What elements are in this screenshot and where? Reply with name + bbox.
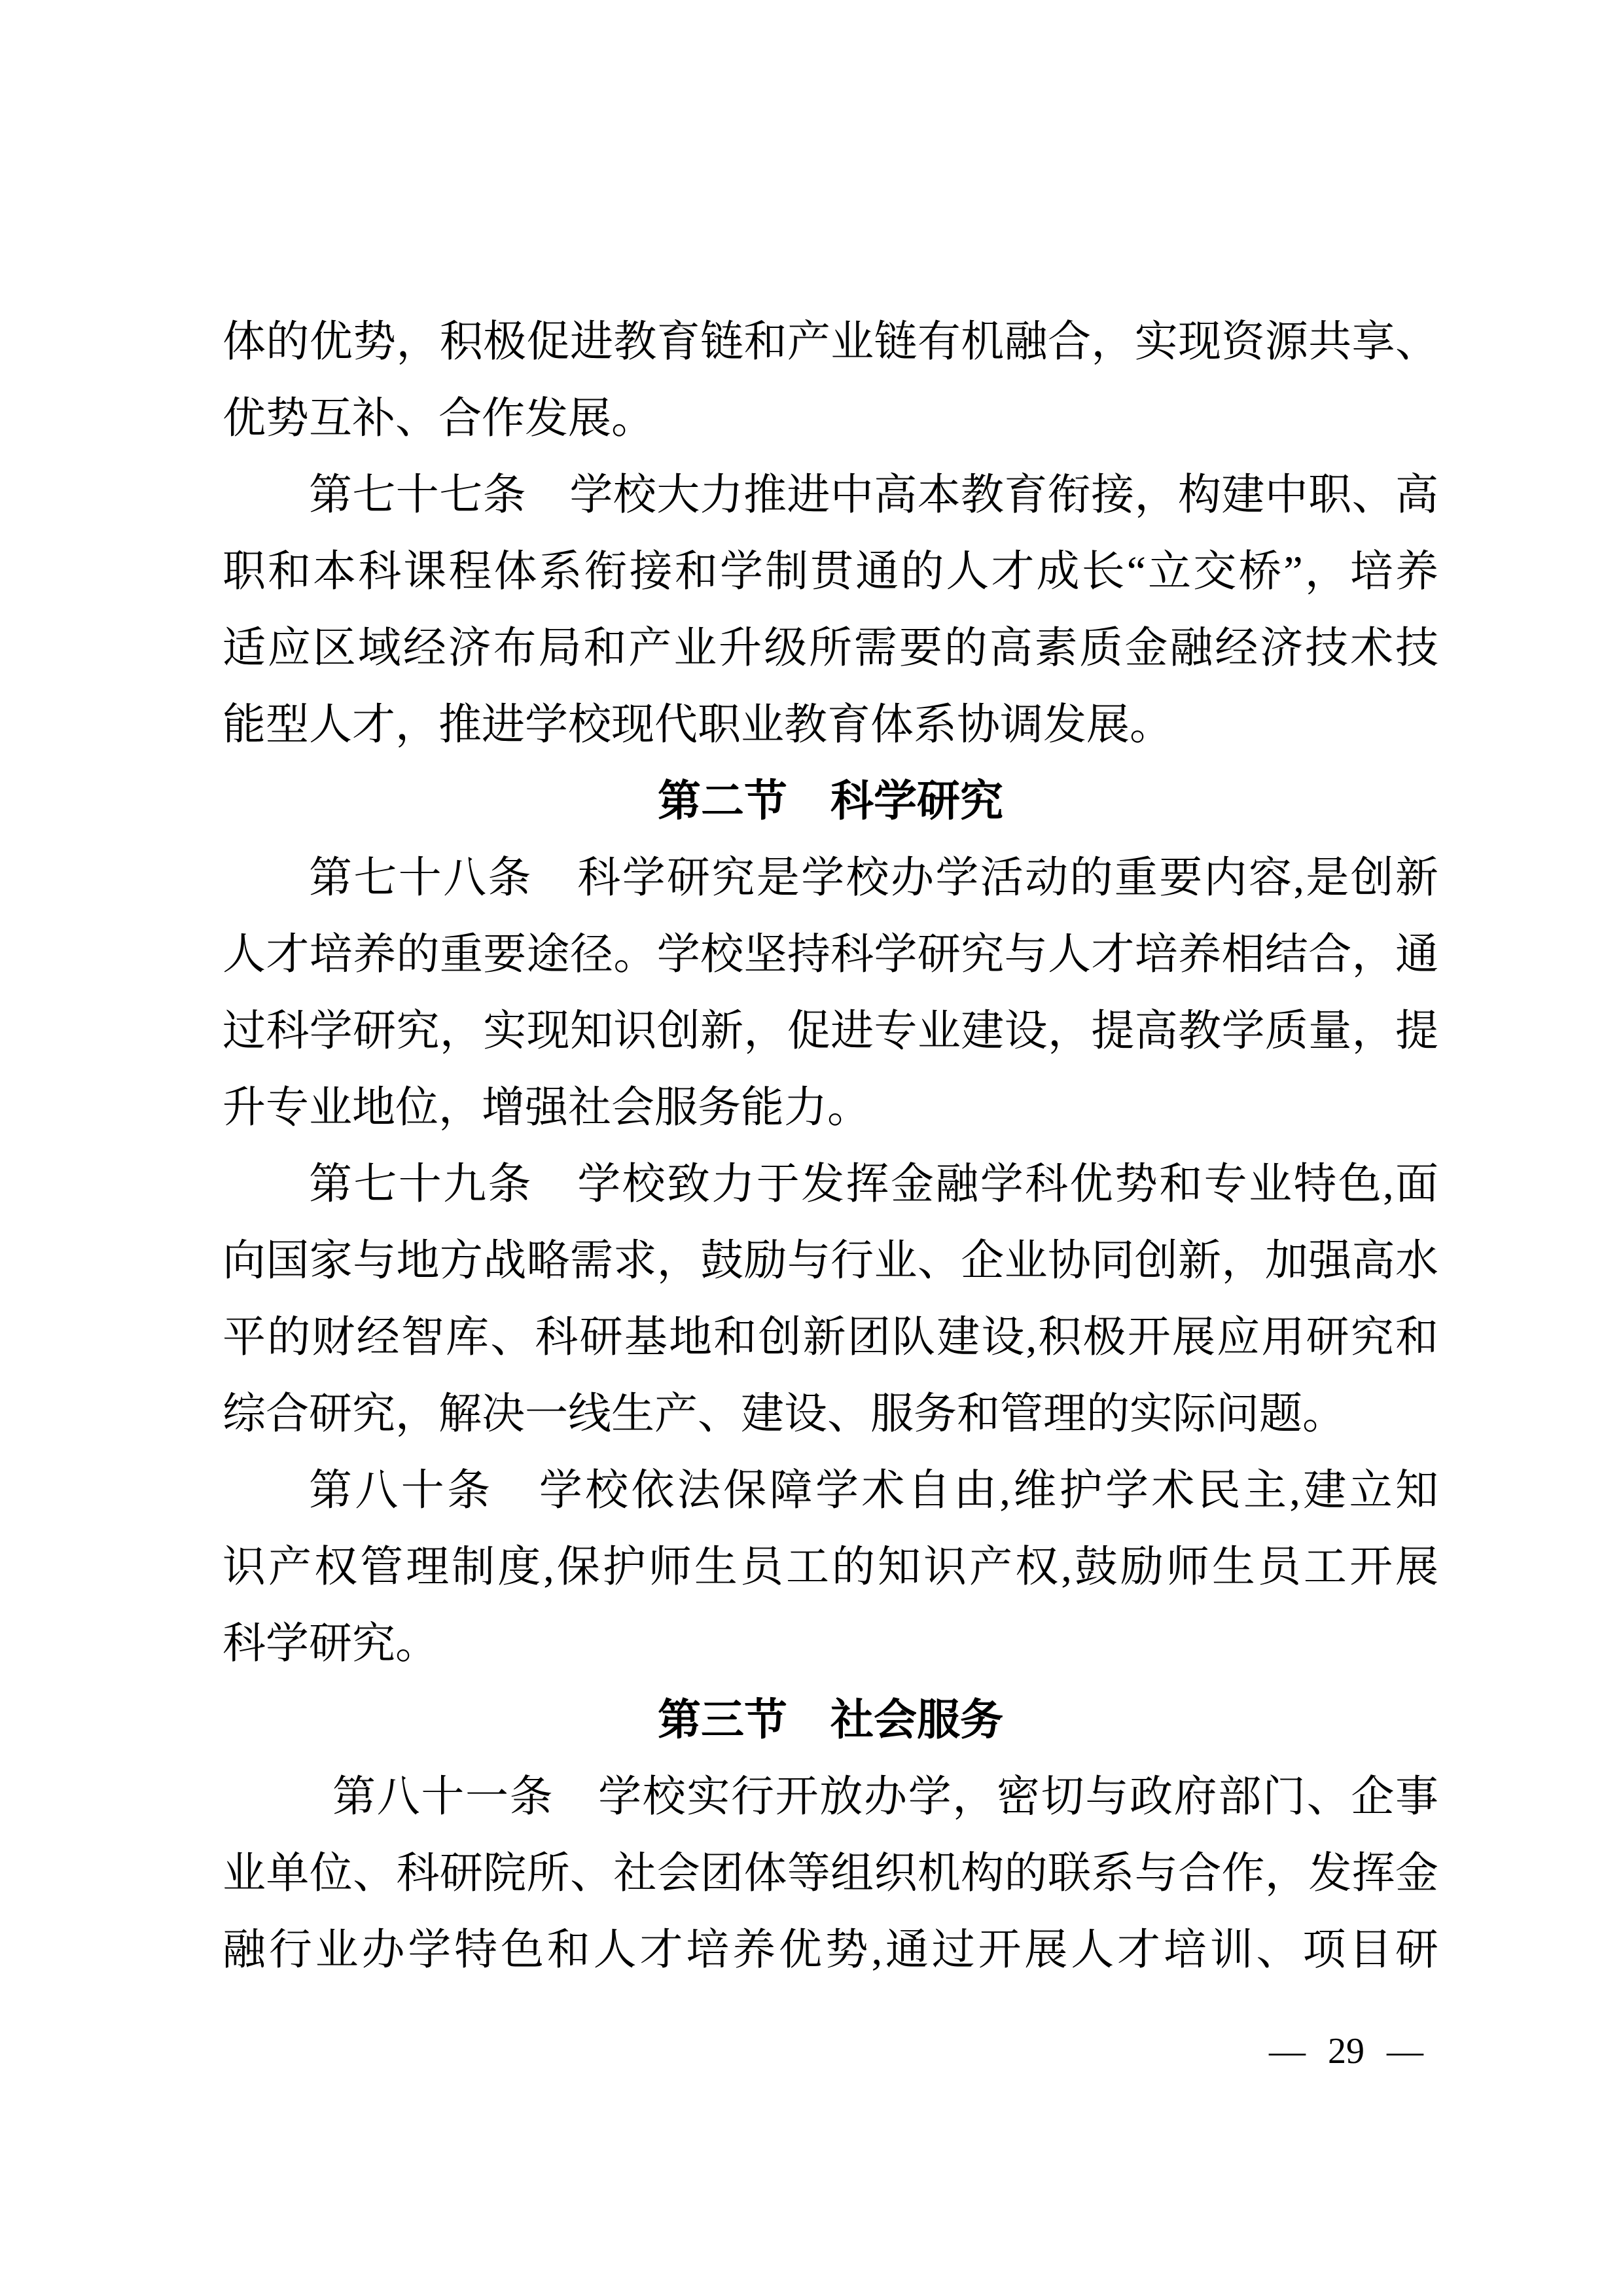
body-line: 职和本科课程体系衔接和学制贯通的人才成长“立交桥”，培养 — [223, 533, 1438, 610]
body-line: 融行业办学特色和人才培养优势,通过开展人才培训、项目研究、 — [223, 1912, 1438, 1988]
body-line: 适应区域经济布局和产业升级所需要的高素质金融经济技术技 — [223, 610, 1438, 687]
section-heading-science-research: 第二节 科学研究 — [223, 763, 1438, 840]
article-80-start: 第八十条 学校依法保障学术自由,维护学术民主,建立知 — [223, 1452, 1438, 1529]
page-number-dash-right: — — [1387, 2031, 1423, 2072]
body-line: 业单位、科研院所、社会团体等组织机构的联系与合作，发挥金 — [223, 1835, 1438, 1912]
body-line: 升专业地位，增强社会服务能力。 — [223, 1069, 1438, 1146]
body-line: 科学研究。 — [223, 1605, 1438, 1682]
page-number-value: 29 — [1328, 2030, 1364, 2072]
body-line: 过科学研究，实现知识创新，促进专业建设，提高教学质量，提 — [223, 993, 1438, 1069]
section-heading-social-service: 第三节 社会服务 — [223, 1682, 1438, 1759]
body-line: 向国家与地方战略需求，鼓励与行业、企业协同创新，加强高水 — [223, 1223, 1438, 1299]
body-line: 识产权管理制度,保护师生员工的知识产权,鼓励师生员工开展 — [223, 1529, 1438, 1605]
article-78-start: 第七十八条 科学研究是学校办学活动的重要内容,是创新 — [223, 840, 1438, 916]
article-79-start: 第七十九条 学校致力于发挥金融学科优势和专业特色,面 — [223, 1146, 1438, 1223]
page-number: —29— — [1269, 2030, 1423, 2072]
body-line: 能型人才，推进学校现代职业教育体系协调发展。 — [223, 687, 1438, 763]
body-line: 综合研究，解决一线生产、建设、服务和管理的实际问题。 — [223, 1376, 1438, 1452]
body-line: 人才培养的重要途径。学校坚持科学研究与人才培养相结合，通 — [223, 916, 1438, 993]
document-page: 体的优势，积极促进教育链和产业链有机融合，实现资源共享、 优势互补、合作发展。 … — [0, 0, 1623, 2296]
article-81-start: 第八十一条 学校实行开放办学，密切与政府部门、企事 — [223, 1759, 1438, 1835]
page-number-dash-left: — — [1269, 2031, 1306, 2072]
article-77-start: 第七十七条 学校大力推进中高本教育衔接，构建中职、高 — [223, 457, 1438, 533]
body-line: 平的财经智库、科研基地和创新团队建设,积极开展应用研究和 — [223, 1299, 1438, 1376]
document-body: 体的优势，积极促进教育链和产业链有机融合，实现资源共享、 优势互补、合作发展。 … — [223, 304, 1438, 1988]
body-line: 体的优势，积极促进教育链和产业链有机融合，实现资源共享、 — [223, 304, 1438, 380]
body-line: 优势互补、合作发展。 — [223, 380, 1438, 457]
